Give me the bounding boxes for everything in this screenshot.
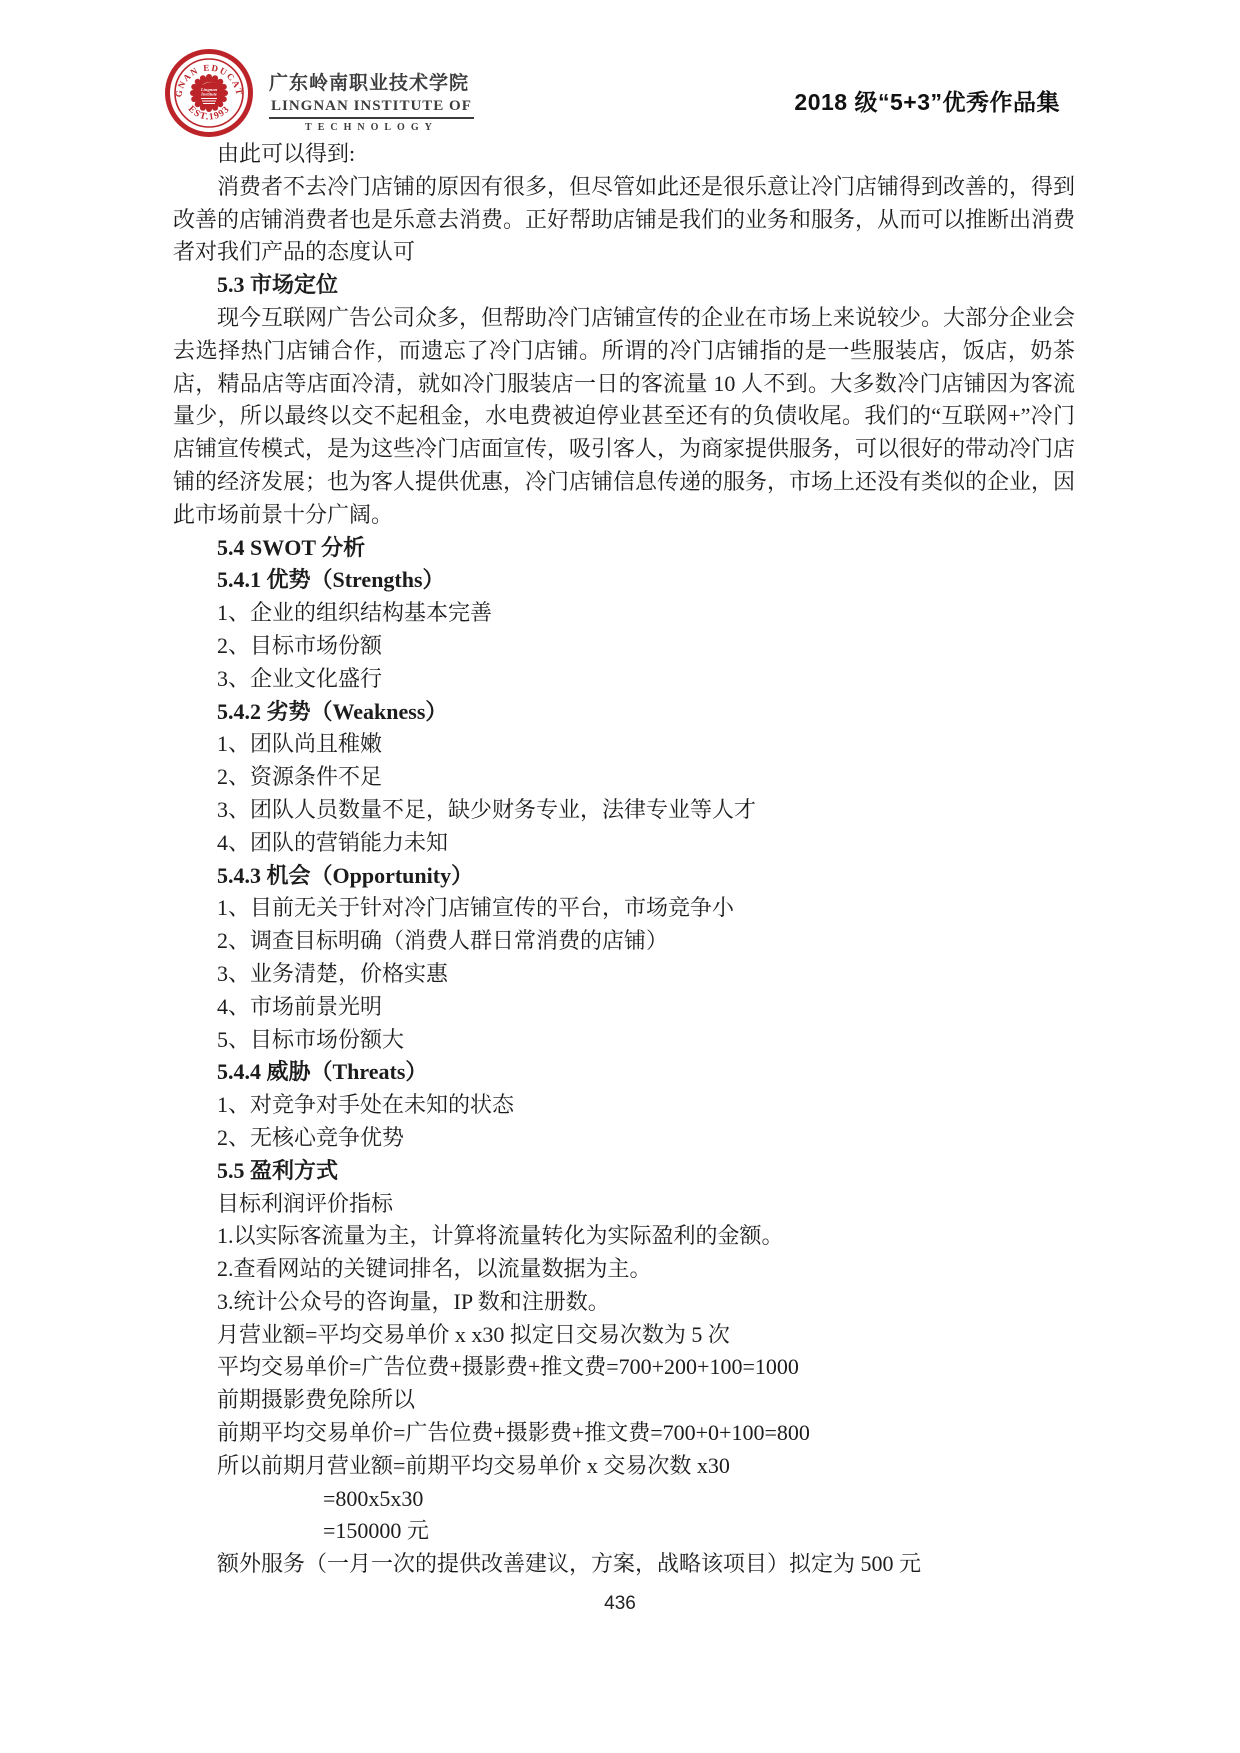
paragraph: 由此可以得到: [173,138,1075,171]
formula-line: 平均交易单价=广告位费+摄影费+推文费=700+200+100=1000 [173,1351,1075,1384]
formula-line: 月营业额=平均交易单价 x x30 拟定日交易次数为 5 次 [173,1319,1075,1352]
list-item: 2、目标市场份额 [173,630,1075,663]
formula-line: 前期平均交易单价=广告位费+摄影费+推文费=700+0+100=800 [173,1417,1075,1450]
formula-line: =800x5x30 [173,1483,1075,1516]
list-item: 5、目标市场份额大 [173,1024,1075,1057]
list-item: 3、业务清楚，价格实惠 [173,958,1075,991]
list-item: 2.查看网站的关键词排名，以流量数据为主。 [173,1253,1075,1286]
section-heading: 5.5 盈利方式 [173,1155,1075,1188]
seal-center-badge: Lingnan Institute [190,74,228,112]
university-seal-icon: LINGNAN EDUCATION EST.1993 Lingnan Insti… [164,48,254,138]
text-line: 前期摄影费免除所以 [173,1384,1075,1417]
subsection-heading: 5.4.3 机会（Opportunity） [173,860,1075,893]
formula-line: =150000 元 [173,1515,1075,1548]
text-line: 目标利润评价指标 [173,1188,1075,1221]
subsection-heading: 5.4.1 优势（Strengths） [173,564,1075,597]
university-en-name-line1: LINGNAN INSTITUTE OF [269,97,474,119]
list-item: 1、目前无关于针对冷门店铺宣传的平台，市场竞争小 [173,892,1075,925]
list-item: 1、对竞争对手处在未知的状态 [173,1089,1075,1122]
paragraph: 现今互联网广告公司众多，但帮助冷门店铺宣传的企业在市场上来说较少。大部分企业会去… [173,302,1075,532]
paragraph: 消费者不去冷门店铺的原因有很多，但尽管如此还是很乐意让冷门店铺得到改善的，得到改… [173,171,1075,269]
subsection-heading: 5.4.2 劣势（Weakness） [173,696,1075,729]
list-item: 4、市场前景光明 [173,991,1075,1024]
list-item: 3、团队人员数量不足，缺少财务专业，法律专业等人才 [173,794,1075,827]
seal-center-line2: Institute [200,92,217,97]
text-line: 额外服务（一月一次的提供改善建议，方案，战略该项目）拟定为 500 元 [173,1548,1075,1581]
page-number: 436 [0,1593,1240,1615]
list-item: 1、企业的组织结构基本完善 [173,597,1075,630]
list-item: 1、团队尚且稚嫩 [173,728,1075,761]
list-item: 2、无核心竞争优势 [173,1122,1075,1155]
list-item: 2、资源条件不足 [173,761,1075,794]
list-item: 3、企业文化盛行 [173,663,1075,696]
list-item: 1.以实际客流量为主，计算将流量转化为实际盈利的金额。 [173,1220,1075,1253]
section-heading: 5.4 SWOT 分析 [173,532,1075,565]
document-page: LINGNAN EDUCATION EST.1993 Lingnan Insti… [0,0,1240,1753]
list-item: 3.统计公众号的咨询量，IP 数和注册数。 [173,1286,1075,1319]
subsection-heading: 5.4.4 威胁（Threats） [173,1056,1075,1089]
document-body: 由此可以得到: 消费者不去冷门店铺的原因有很多，但尽管如此还是很乐意让冷门店铺得… [173,138,1075,1581]
university-en-name-line2: TECHNOLOGY [269,122,474,133]
university-name-lockup: 广东岭南职业技术学院 LINGNAN INSTITUTE OF TECHNOLO… [269,68,474,133]
list-item: 2、调查目标明确（消费人群日常消费的店铺） [173,925,1075,958]
formula-line: 所以前期月营业额=前期平均交易单价 x 交易次数 x30 [173,1450,1075,1483]
header-title: 2018 级“5+3”优秀作品集 [794,84,1060,117]
list-item: 4、团队的营销能力未知 [173,827,1075,860]
section-heading: 5.3 市场定位 [173,269,1075,302]
university-cn-name: 广东岭南职业技术学院 [269,68,474,95]
